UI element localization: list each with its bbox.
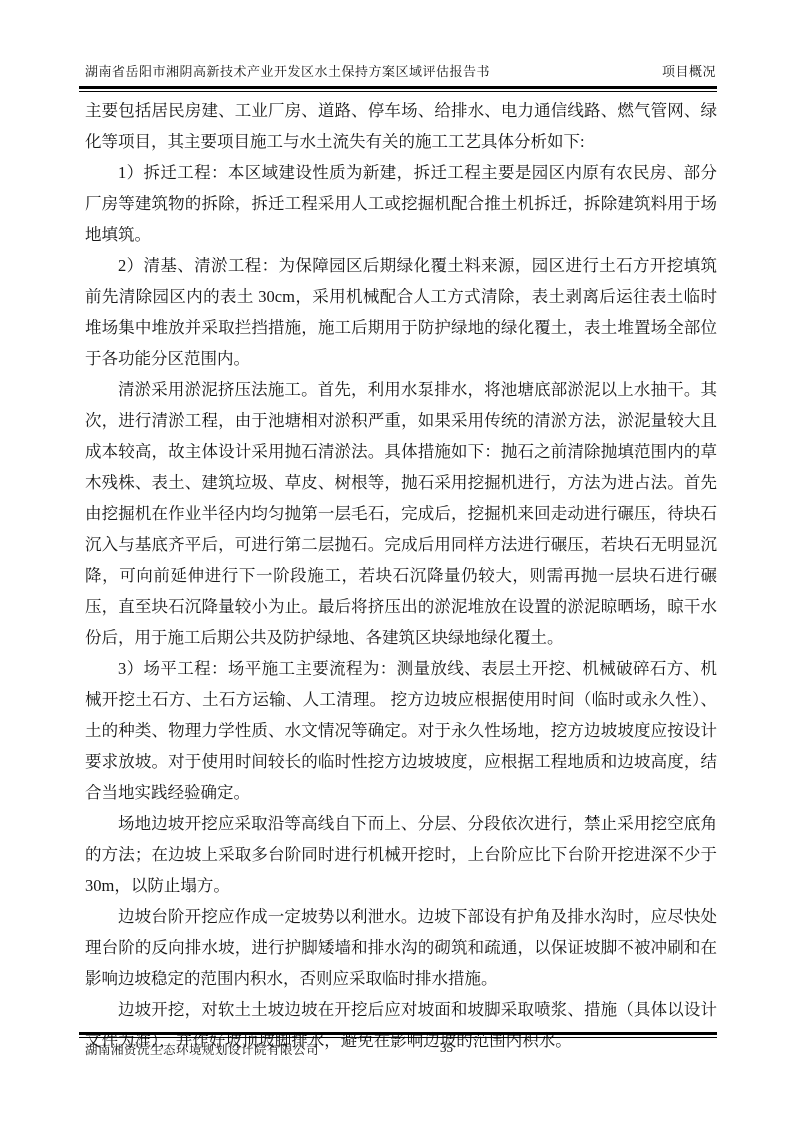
paragraph-demolition-works: 1）拆迁工程：本区域建设性质为新建，拆迁工程主要是园区内原有农民房、部分厂房等建…	[85, 157, 717, 250]
paragraph-site-leveling: 3）场平工程：场平施工主要流程为：测量放线、表层土开挖、机械破碎石方、机械开挖土…	[85, 653, 717, 808]
document-page: 湖南省岳阳市湘阴高新技术产业开发区水土保持方案区域评估报告书 项目概况 主要包括…	[0, 0, 793, 1122]
footer-rule-thick-line	[79, 1032, 717, 1035]
paragraph-site-clearing: 2）清基、清淤工程：为保障园区后期绿化覆土料来源，园区进行土石方开挖填筑前先清除…	[85, 250, 717, 374]
page-header: 湖南省岳阳市湘阴高新技术产业开发区水土保持方案区域评估报告书 项目概况	[85, 61, 716, 80]
paragraph-slope-bench-drainage: 边坡台阶开挖应作成一定坡势以利泄水。边坡下部设有护角及排水沟时，应尽快处理台阶的…	[85, 901, 717, 994]
document-body: 主要包括居民房建、工业厂房、道路、停车场、给排水、电力通信线路、燃气管网、绿化等…	[85, 95, 717, 1056]
paragraph-dredging-method: 清淤采用淤泥挤压法施工。首先，利用水泵排水，将池塘底部淤泥以上水抽干。其次，进行…	[85, 374, 717, 653]
paragraph-intro: 主要包括居民房建、工业厂房、道路、停车场、给排水、电力通信线路、燃气管网、绿化等…	[85, 95, 717, 157]
page-number: 35	[440, 1040, 453, 1056]
header-rule-thick-line	[79, 86, 717, 89]
header-title-right: 项目概况	[662, 61, 716, 80]
footer-rule	[79, 1032, 717, 1038]
footer-company: 湖南湘资沅生态环境规划设计院有限公司	[85, 1040, 319, 1058]
footer-rule-thin-line	[79, 1037, 717, 1038]
header-title-left: 湖南省岳阳市湘阴高新技术产业开发区水土保持方案区域评估报告书	[85, 61, 490, 80]
header-rule	[79, 86, 717, 92]
paragraph-slope-excavation: 场地边坡开挖应采取沿等高线自下而上、分层、分段依次进行，禁止采用挖空底角的方法；…	[85, 808, 717, 901]
header-rule-thin-line	[79, 91, 717, 92]
